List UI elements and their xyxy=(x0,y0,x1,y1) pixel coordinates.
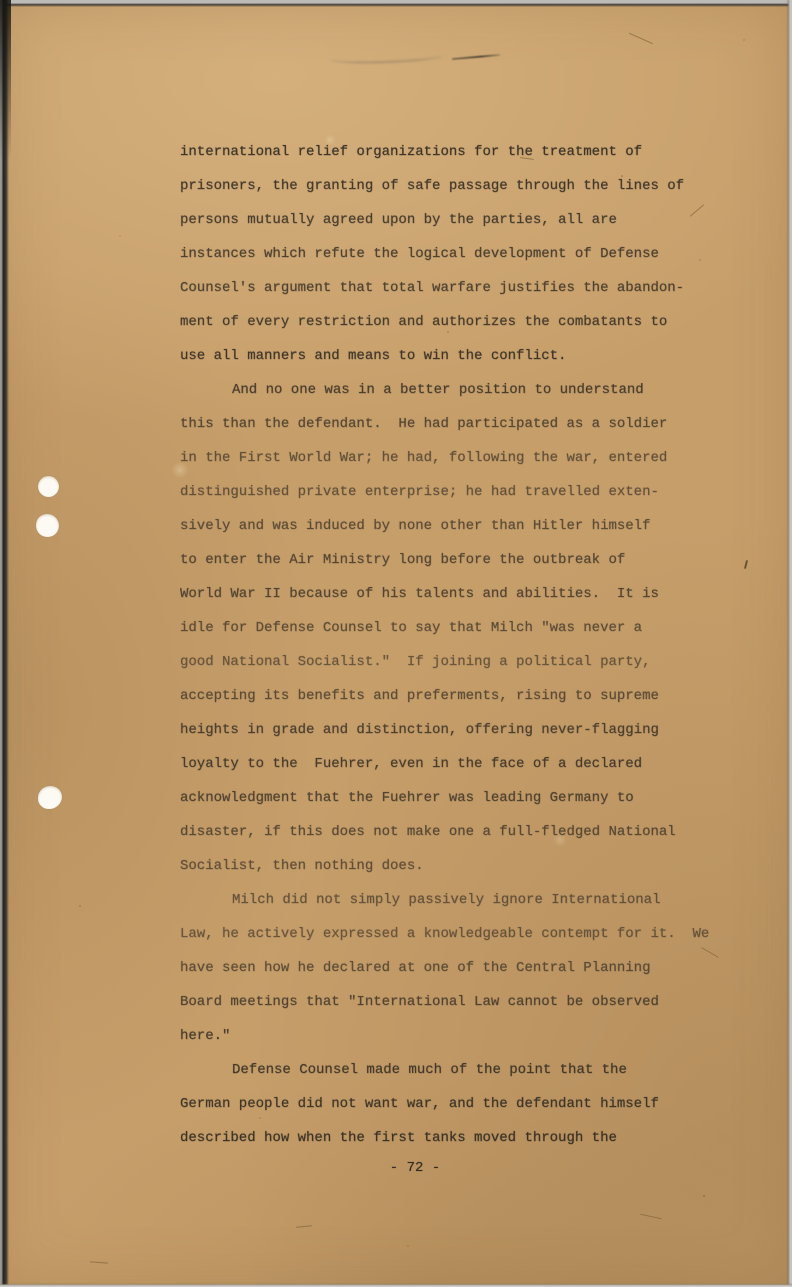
text-line: Board meetings that "International Law c… xyxy=(180,985,740,1019)
scan-edge-left xyxy=(0,0,9,1287)
text-line: Law, he actively expressed a knowledgeab… xyxy=(180,917,740,951)
text-line: to enter the Air Ministry long before th… xyxy=(180,543,740,577)
text-line: loyalty to the Fuehrer, even in the face… xyxy=(180,747,740,781)
paper-fiber xyxy=(629,33,653,44)
text-line: instances which refute the logical devel… xyxy=(180,237,740,271)
text-line: international relief organizations for t… xyxy=(180,135,740,169)
scan-edge-right xyxy=(786,0,792,1287)
text-line: acknowledgment that the Fuehrer was lead… xyxy=(180,781,740,815)
text-line: heights in grade and distinction, offeri… xyxy=(180,713,740,747)
pencil-smudge xyxy=(330,50,442,65)
scanned-page: international relief organizations for t… xyxy=(0,0,792,1287)
text-line: in the First World War; he had, followin… xyxy=(180,441,740,475)
text-line: Counsel's argument that total warfare ju… xyxy=(180,271,740,305)
paper-fiber xyxy=(296,1225,312,1228)
paper-fiber xyxy=(90,1261,108,1263)
hole-punch xyxy=(38,786,62,809)
text-line: idle for Defense Counsel to say that Mil… xyxy=(180,611,740,645)
pencil-smudge xyxy=(452,54,500,60)
ink-speck xyxy=(744,560,748,569)
scan-edge-top xyxy=(0,0,792,7)
text-line: And no one was in a better position to u… xyxy=(180,373,740,407)
paper-sheet: international relief organizations for t… xyxy=(0,0,792,1287)
text-line: disaster, if this does not make one a fu… xyxy=(180,815,740,849)
text-line: accepting its benefits and preferments, … xyxy=(180,679,740,713)
text-line: have seen how he declared at one of the … xyxy=(180,951,740,985)
hole-punch xyxy=(36,514,59,537)
text-line: German people did not want war, and the … xyxy=(180,1087,740,1121)
text-line: described how when the first tanks moved… xyxy=(180,1121,740,1155)
hole-punch xyxy=(38,476,59,497)
text-line: Milch did not simply passively ignore In… xyxy=(180,883,740,917)
page-number: - 72 - xyxy=(180,1156,650,1180)
text-line: this than the defendant. He had particip… xyxy=(180,407,740,441)
scan-corner-shadow xyxy=(0,0,11,160)
text-line: here." xyxy=(180,1019,740,1053)
text-line: Defense Counsel made much of the point t… xyxy=(180,1053,740,1087)
text-line: Socialist, then nothing does. xyxy=(180,849,740,883)
text-line: use all manners and means to win the con… xyxy=(180,339,740,373)
text-line: distinguished private enterprise; he had… xyxy=(180,475,740,509)
text-line: ment of every restriction and authorizes… xyxy=(180,305,740,339)
text-line: World War II because of his talents and … xyxy=(180,577,740,611)
paper-fiber xyxy=(640,1214,662,1220)
text-line: persons mutually agreed upon by the part… xyxy=(180,203,740,237)
scan-edge-bottom xyxy=(0,1283,792,1287)
text-line: sively and was induced by none other tha… xyxy=(180,509,740,543)
text-line: good National Socialist." If joining a p… xyxy=(180,645,740,679)
typed-text: international relief organizations for t… xyxy=(180,135,740,1155)
text-line: prisoners, the granting of safe passage … xyxy=(180,169,740,203)
